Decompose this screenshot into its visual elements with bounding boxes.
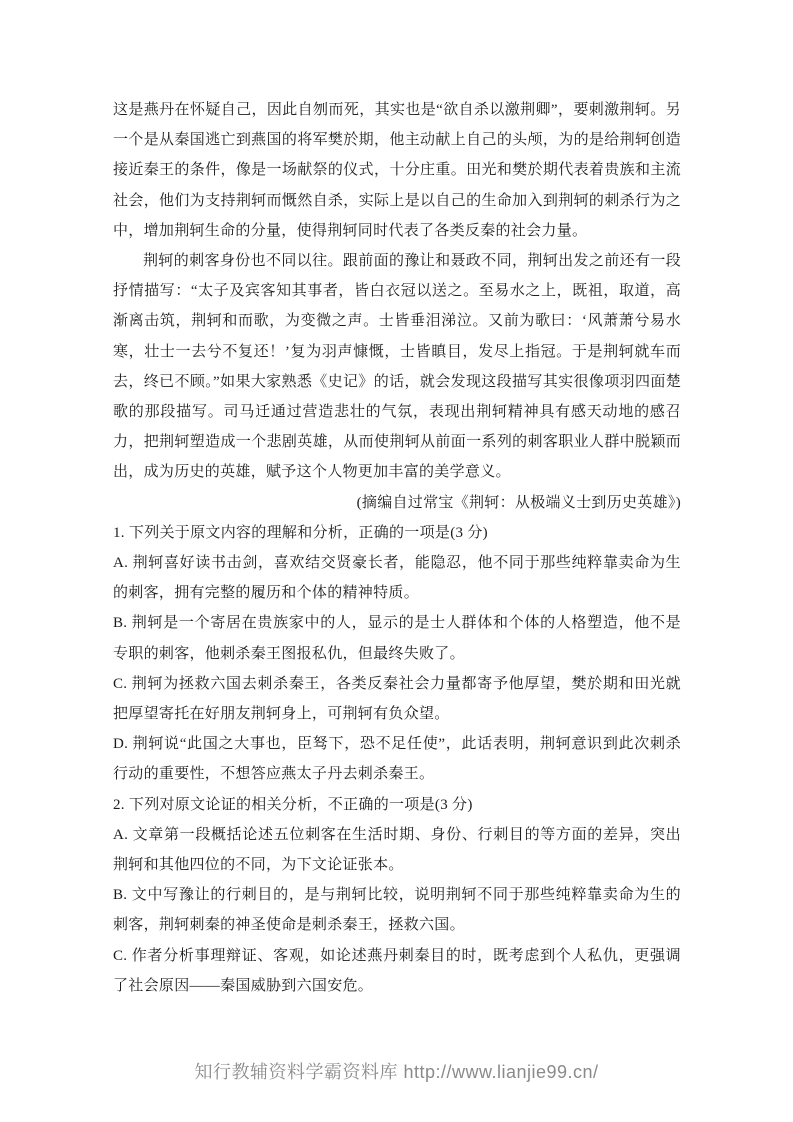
question-1-option-c: C. 荆轲为拯救六国去刺杀秦王，各类反秦社会力量都寄予他厚望，樊於期和田光就把厚… (113, 669, 681, 729)
passage-and-questions: 这是燕丹在怀疑自己，因此自刎而死，其实也是“欲自杀以激荆卿”，要刺激荆轲。另一个… (113, 95, 681, 1001)
document-page: 这是燕丹在怀疑自己，因此自刎而死，其实也是“欲自杀以激荆卿”，要刺激荆轲。另一个… (0, 0, 793, 1122)
question-1-stem: 1. 下列关于原文内容的理解和分析，正确的一项是(3 分) (113, 518, 681, 548)
question-2-option-c: C. 作者分析事理辩证、客观，如论述燕丹刺秦目的时，既考虑到个人私仇，更强调了社… (113, 941, 681, 1001)
question-2-option-a: A. 文章第一段概括论述五位刺客在生活时期、身份、行刺目的等方面的差异，突出荆轲… (113, 820, 681, 880)
question-2-stem: 2. 下列对原文论证的相关分析，不正确的一项是(3 分) (113, 790, 681, 820)
footer-watermark: 知行教辅资料学霸资料库 http://www.lianjie99.cn/ (0, 1058, 793, 1084)
passage-paragraph-2: 荆轲的刺客身份也不同以往。跟前面的豫让和聂政不同，荆轲出发之前还有一段抒情描写：… (113, 246, 681, 488)
passage-attribution: (摘编自过常宝《荆轲：从极端义士到历史英雄》) (113, 488, 681, 518)
passage-paragraph-1: 这是燕丹在怀疑自己，因此自刎而死，其实也是“欲自杀以激荆卿”，要刺激荆轲。另一个… (113, 95, 681, 246)
footer-watermark-text: 知行教辅资料学霸资料库 http://www.lianjie99.cn/ (194, 1062, 598, 1082)
question-1-option-a: A. 荆轲喜好读书击剑，喜欢结交贤豪长者，能隐忍，他不同于那些纯粹靠卖命为生的刺… (113, 548, 681, 608)
question-2-option-b: B. 文中写豫让的行刺目的，是与荆轲比较，说明荆轲不同于那些纯粹靠卖命为生的刺客… (113, 880, 681, 940)
question-1-option-b: B. 荆轲是一个寄居在贵族家中的人，显示的是士人群体和个体的人格塑造，他不是专职… (113, 608, 681, 668)
question-1-option-d: D. 荆轲说“此国之大事也，臣驽下，恐不足任使”，此话表明，荆轲意识到此次刺杀行… (113, 729, 681, 789)
